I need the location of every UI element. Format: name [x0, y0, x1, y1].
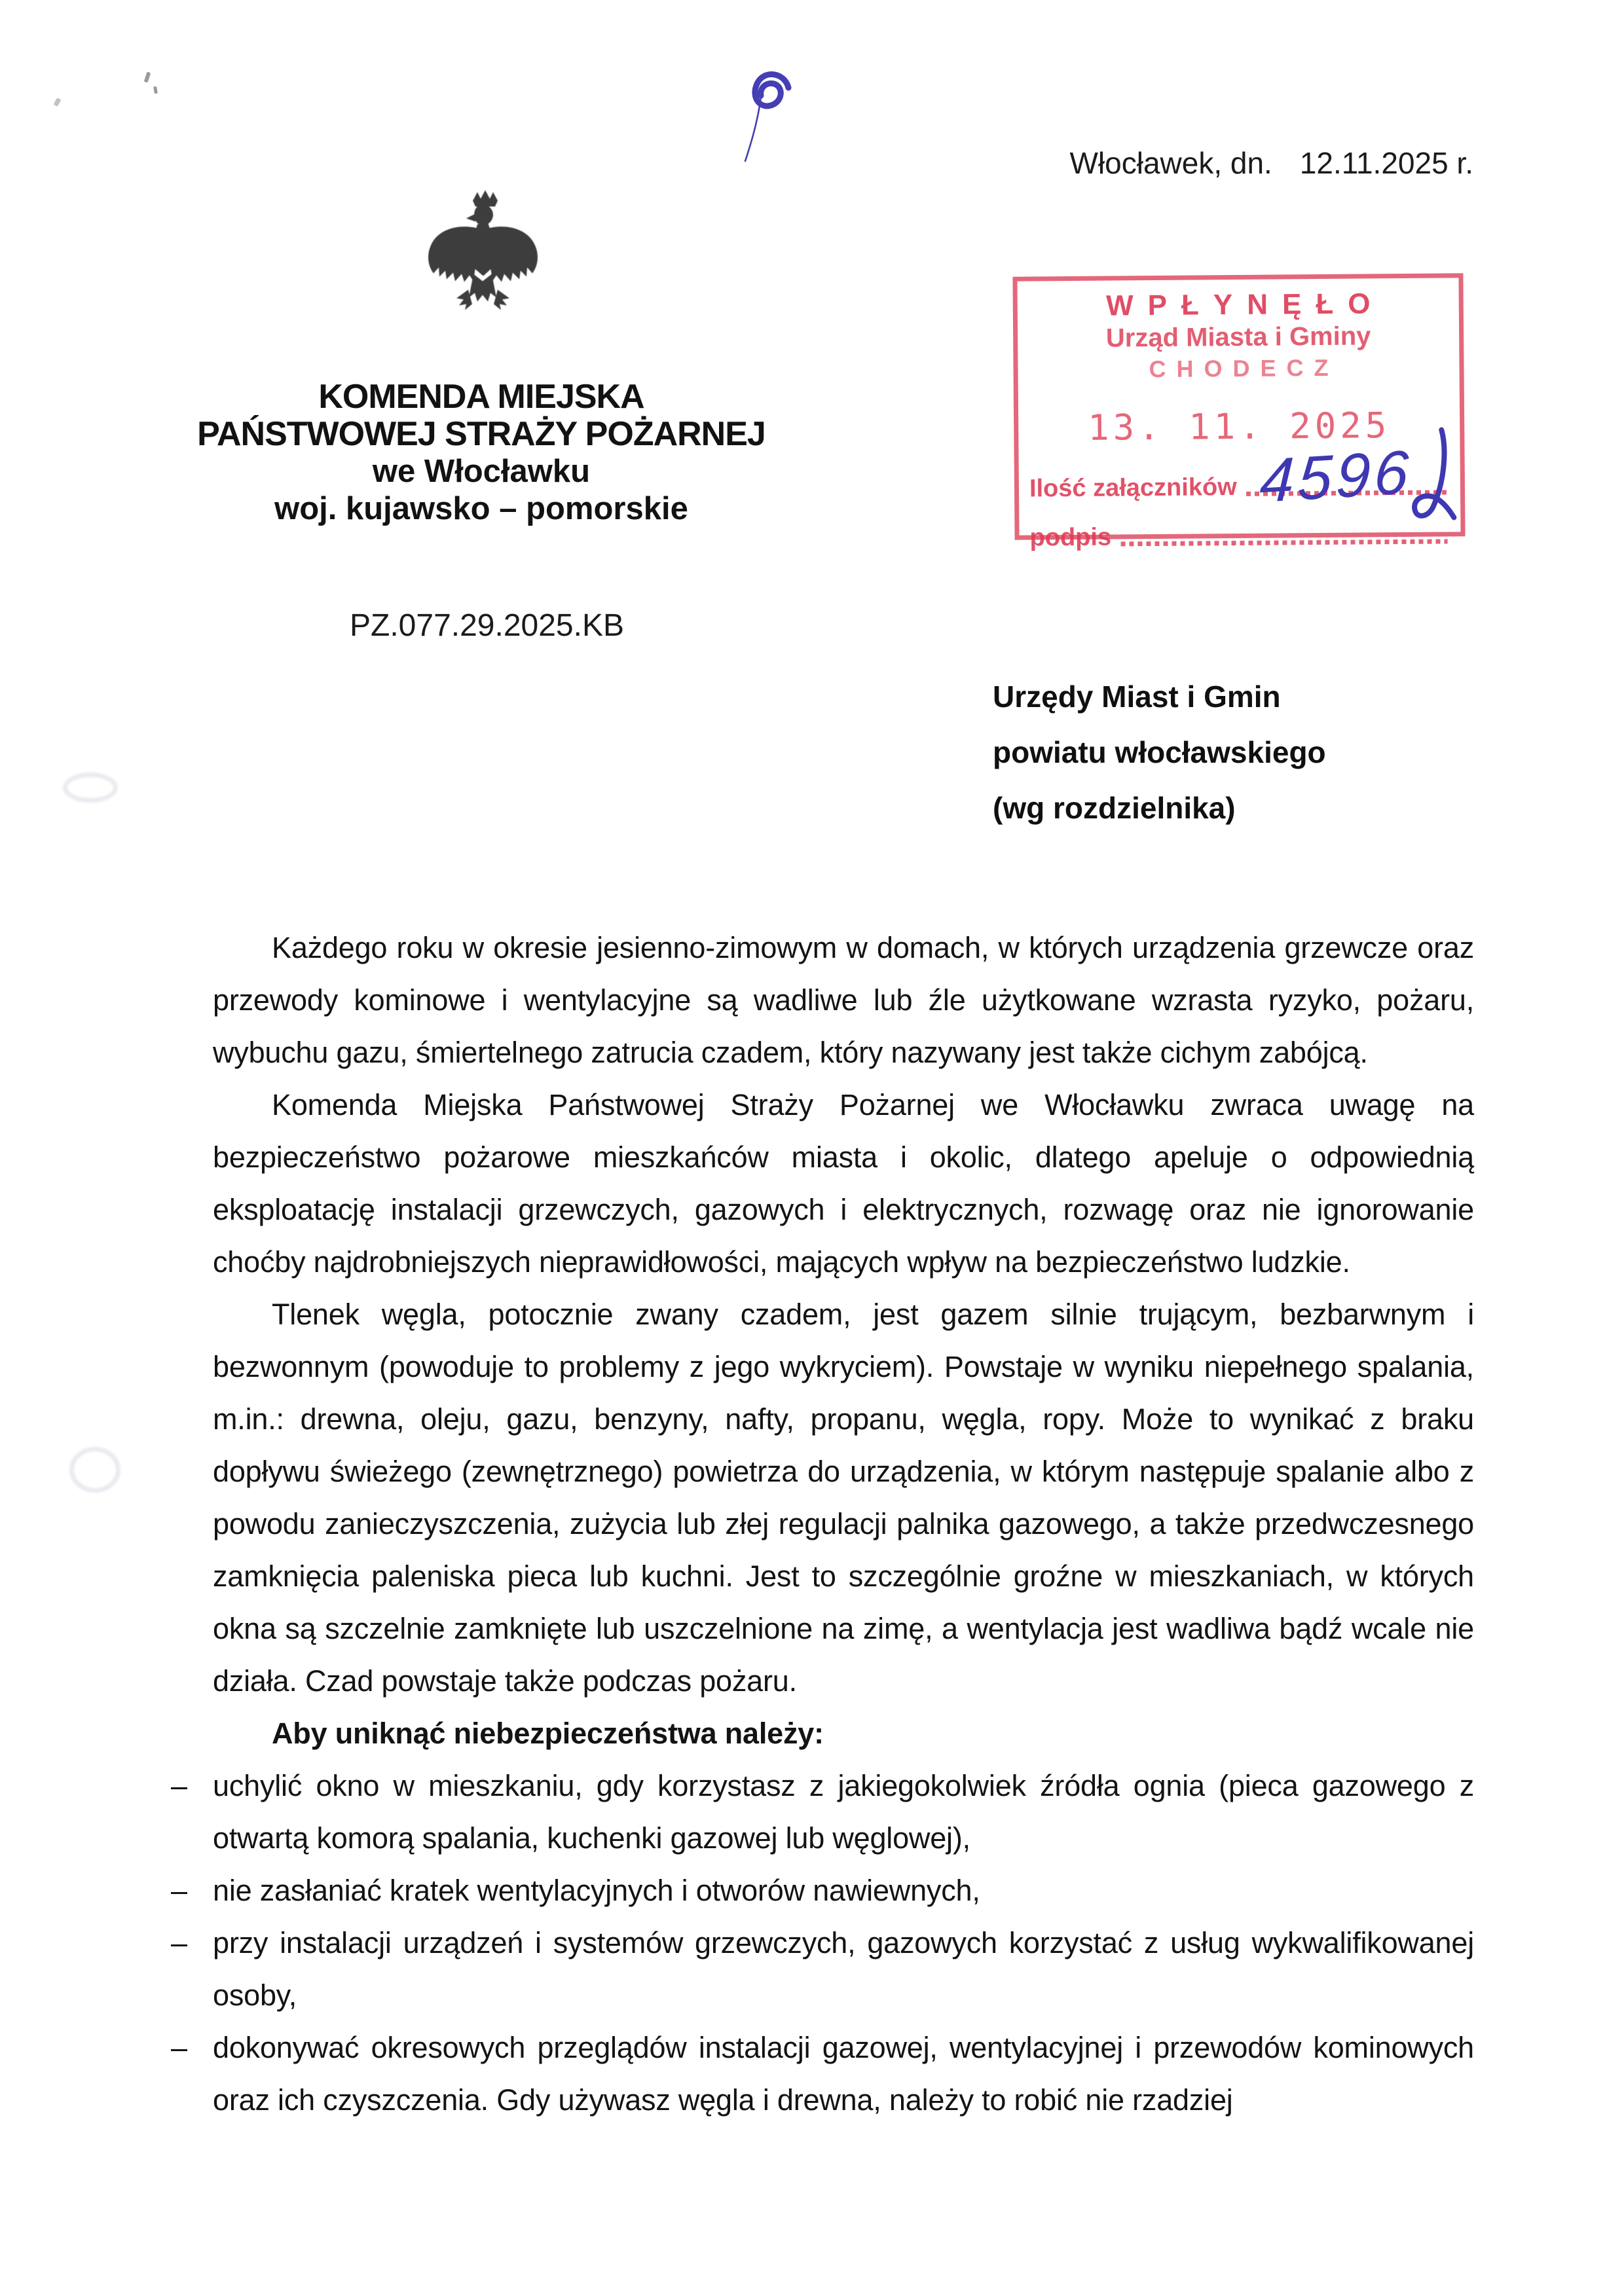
- pen-e-mark-icon: [732, 63, 811, 181]
- stamp-received-label: WPŁYNĘŁO: [1018, 287, 1459, 323]
- list-item: – dokonywać okresowych przeglądów instal…: [213, 2022, 1474, 2126]
- addressee-block: Urzędy Miast i Gmin powiatu włocławskieg…: [993, 669, 1326, 836]
- scan-speck: [153, 86, 158, 94]
- addressee-line1: Urzędy Miast i Gmin: [993, 669, 1326, 725]
- intake-stamp: WPŁYNĘŁO Urząd Miasta i Gminy CHODECZ 13…: [1012, 273, 1465, 539]
- scan-speck: [53, 98, 61, 107]
- scanned-letter-page: Włocławek, dn.12.11.2025 r. KOMENDA MIEJ…: [0, 0, 1624, 2296]
- body-paragraph: Tlenek węgla, potocznie zwany czadem, je…: [213, 1288, 1474, 1707]
- dateline: Włocławek, dn.12.11.2025 r.: [902, 145, 1473, 181]
- list-item-text: nie zasłaniać kratek wentylacyjnych i ot…: [213, 1874, 980, 1907]
- stamp-attachments-label: Ilość załączników: [1029, 473, 1237, 503]
- stamp-signature-label: podpis: [1029, 524, 1111, 553]
- dateline-date: 12.11.2025 r.: [1300, 146, 1473, 180]
- addressee-line2: powiatu włocławskiego: [993, 725, 1326, 780]
- letterhead: KOMENDA MIEJSKA PAŃSTWOWEJ STRAŻY POŻARN…: [92, 378, 871, 528]
- addressee-line3: (wg rozdzielnika): [993, 780, 1326, 836]
- letterhead-voivodeship: woj. kujawsko – pomorskie: [92, 490, 871, 528]
- hole-punch-shadow: [63, 773, 118, 803]
- stamp-city: CHODECZ: [1018, 353, 1459, 384]
- body-paragraph: Każdego roku w okresie jesienno-zimowym …: [213, 922, 1474, 1079]
- letterhead-org-line2: PAŃSTWOWEJ STRAŻY POŻARNEJ: [92, 416, 871, 453]
- safety-list-heading: Aby uniknąć niebezpieczeństwa należy:: [213, 1707, 1474, 1760]
- letterhead-city: we Włocławku: [92, 453, 871, 490]
- pen-signature-flourish-icon: [1403, 423, 1463, 535]
- dateline-place: Włocławek, dn.: [1070, 146, 1272, 180]
- list-item-text: dokonywać okresowych przeglądów instalac…: [213, 2031, 1474, 2117]
- list-item-text: uchylić okno w mieszkaniu, gdy korzystas…: [213, 1769, 1474, 1855]
- letter-body: Każdego roku w okresie jesienno-zimowym …: [213, 922, 1474, 2126]
- list-dash: –: [171, 1760, 187, 1812]
- stamp-office-name: Urząd Miasta i Gminy: [1018, 321, 1459, 354]
- list-dash: –: [171, 1865, 187, 1917]
- hole-punch-shadow: [69, 1447, 120, 1493]
- list-dash: –: [171, 1917, 187, 1969]
- dotted-line: [1120, 539, 1447, 547]
- reference-number: PZ.077.29.2025.KB: [350, 608, 624, 644]
- list-dash: –: [171, 2022, 187, 2074]
- handwritten-intake-number: 4596: [1259, 437, 1414, 517]
- polish-state-eagle-emblem-icon: [420, 189, 545, 326]
- stamp-signature-row: podpis: [1029, 520, 1450, 552]
- letterhead-org-line1: KOMENDA MIEJSKA: [92, 378, 871, 416]
- list-item: – uchylić okno w mieszkaniu, gdy korzyst…: [213, 1760, 1474, 1865]
- scan-speck: [144, 71, 151, 82]
- list-item: – nie zasłaniać kratek wentylacyjnych i …: [213, 1865, 1474, 1917]
- list-item-text: przy instalacji urządzeń i systemów grze…: [213, 1926, 1474, 2012]
- list-item: – przy instalacji urządzeń i systemów gr…: [213, 1917, 1474, 2022]
- body-paragraph: Komenda Miejska Państwowej Straży Pożarn…: [213, 1079, 1474, 1288]
